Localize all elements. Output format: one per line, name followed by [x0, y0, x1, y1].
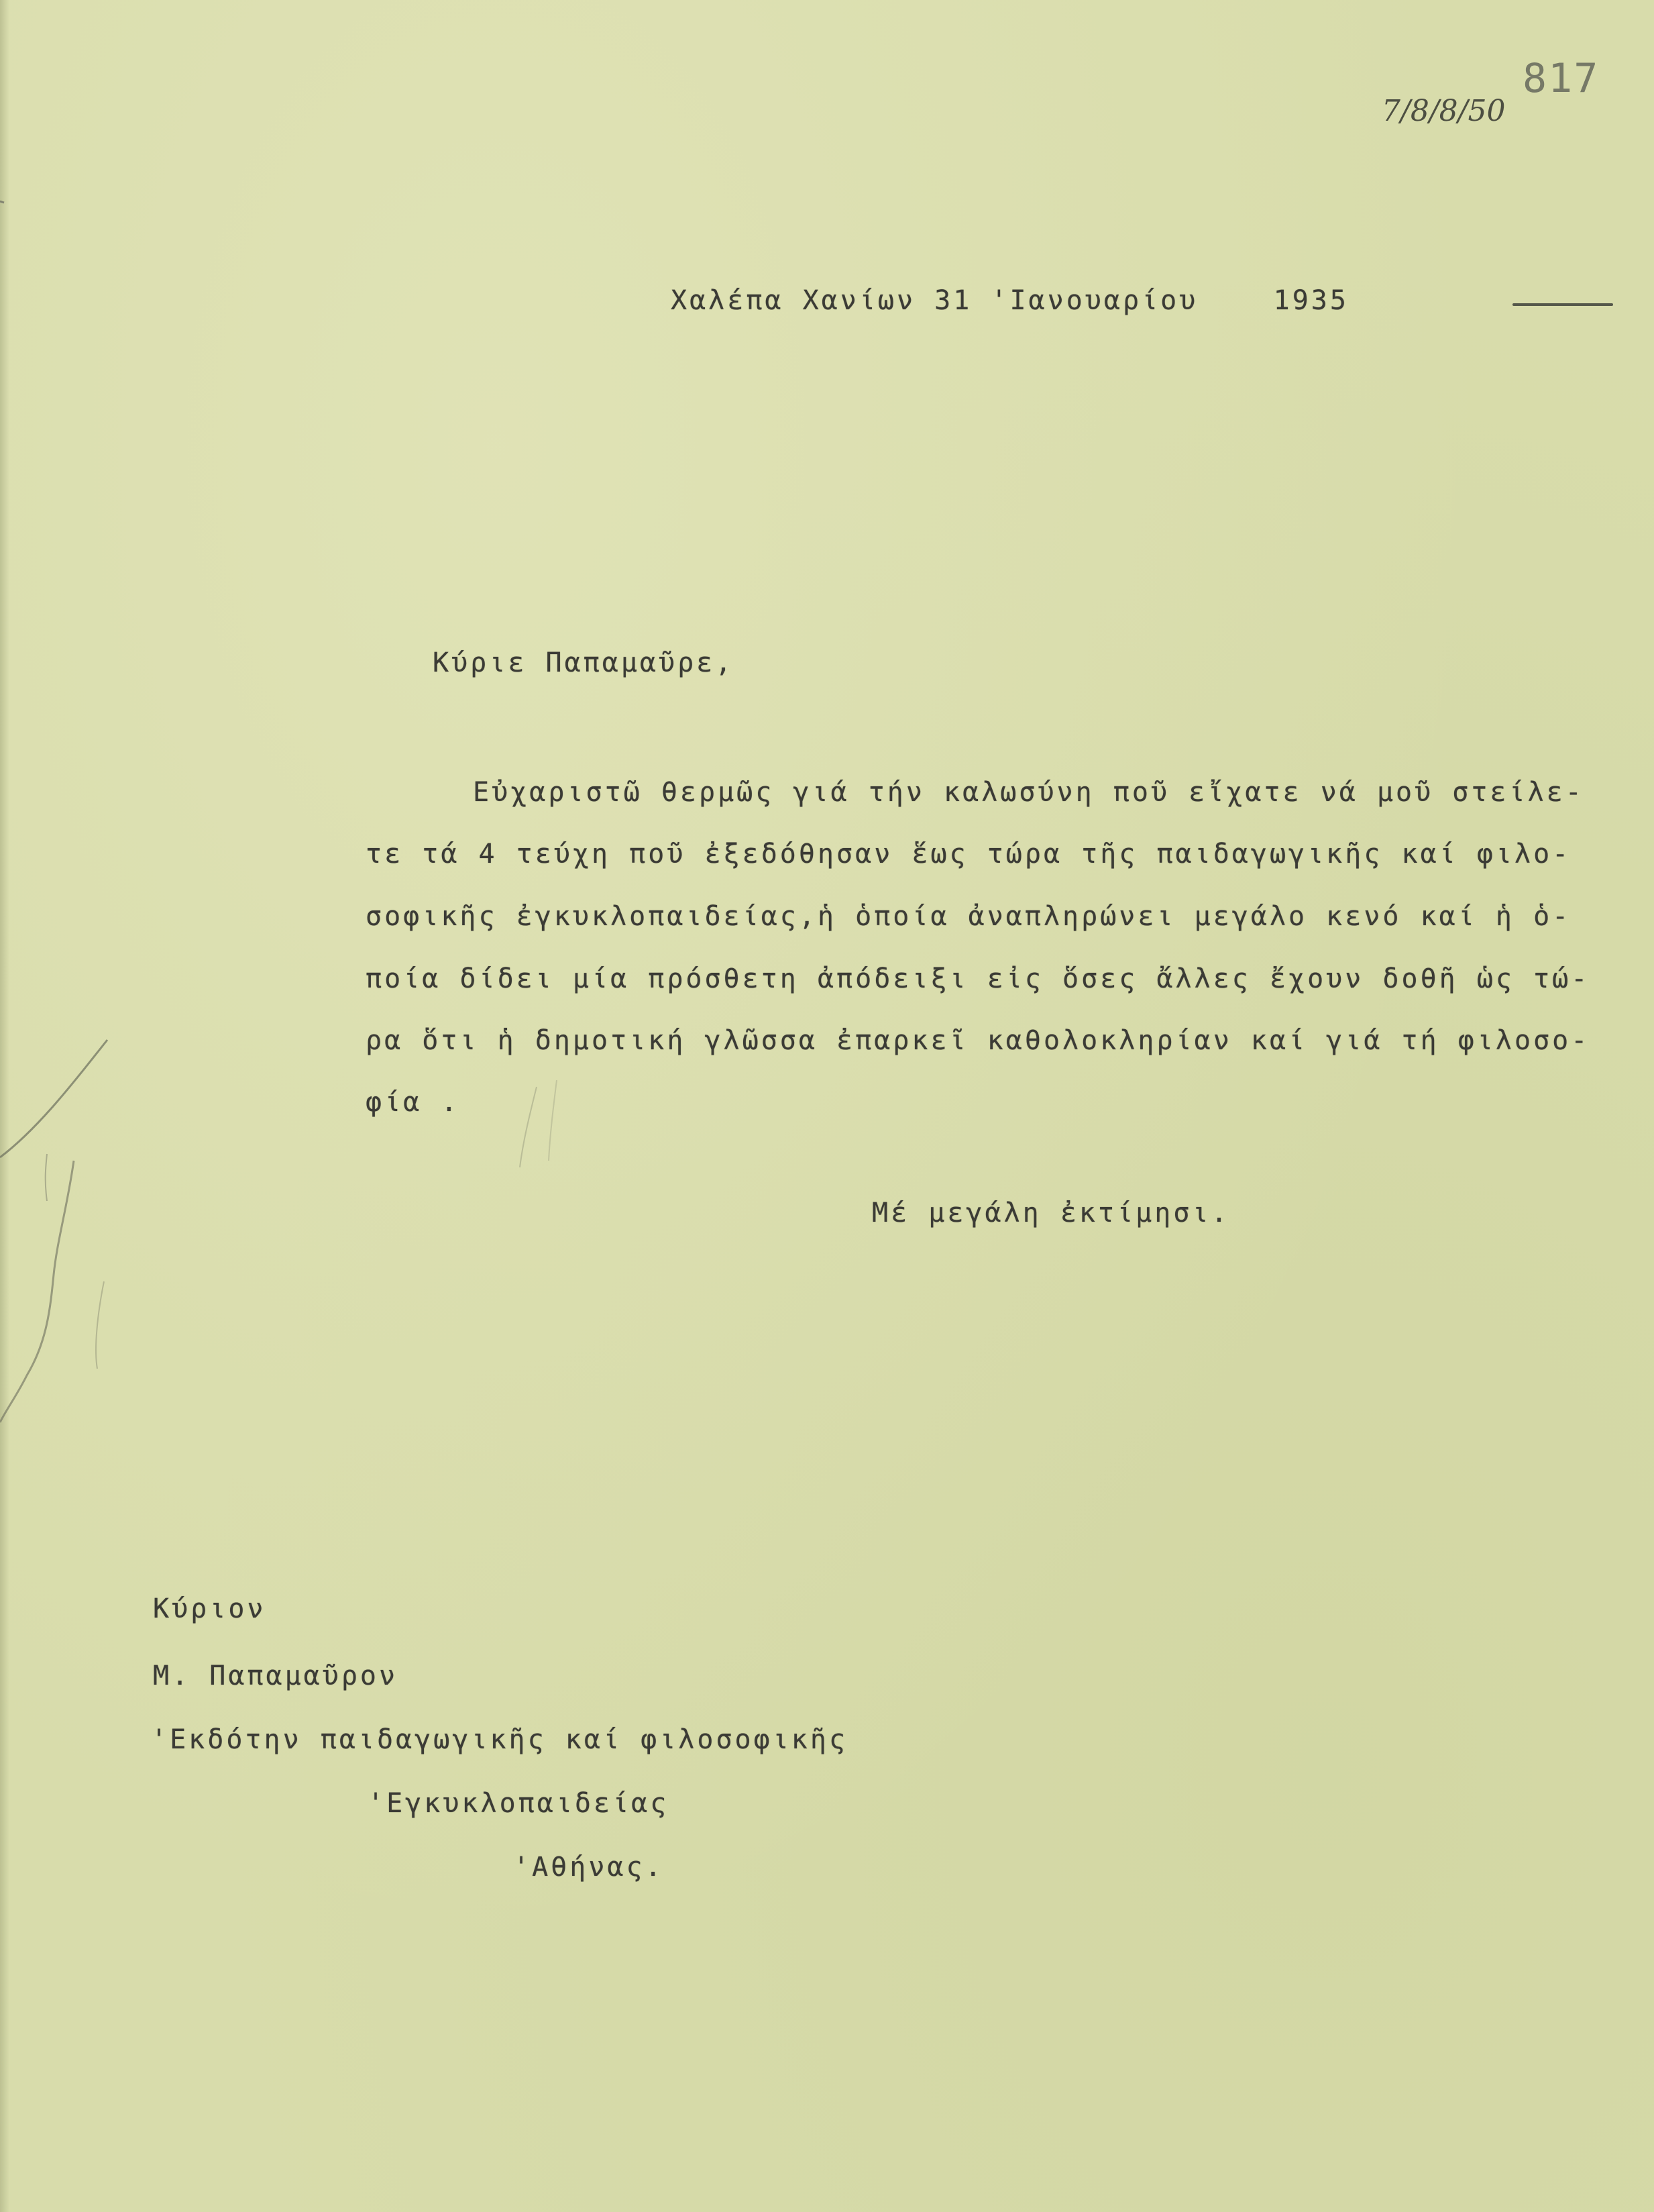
recipient-publication: 'Εγκυκλοπαιδείας: [368, 1788, 669, 1819]
body-line-6: φία .: [366, 1087, 459, 1118]
body-line-1: Εὐχαριστῶ θερμῶς γιά τήν καλωσύνη ποῦ εἴ…: [473, 777, 1584, 808]
archive-number-stamp: 817: [1523, 55, 1599, 102]
recipient-city: 'Αθήνας.: [513, 1852, 664, 1883]
recipient-role: 'Εκδότην παιδαγωγικῆς καί φιλοσοφικῆς: [151, 1724, 848, 1755]
body-line-3: σοφικῆς ἐγκυκλοπαιδείας,ἡ ὁποία ἀναπληρώ…: [366, 901, 1571, 932]
handwritten-reference: 7/8/8/50: [1382, 94, 1505, 128]
recipient-name: Μ. Παπαμαῦρον: [153, 1661, 398, 1691]
dateline: Χαλέπα Χανίων 31 'Ιανουαρίου 1935: [671, 285, 1349, 316]
body-line-2: τε τά 4 τεύχη ποῦ ἐξεδόθησαν ἕως τώρα τῆ…: [366, 839, 1571, 870]
body-line-5: ρα ὅτι ἡ δημοτική γλῶσσα ἐπαρκεῖ καθολοκ…: [366, 1025, 1590, 1056]
closing: Μέ μεγάλη ἐκτίμησι.: [872, 1198, 1230, 1228]
body-line-4: ποία δίδει μία πρόσθετη ἀπόδειξι εἰς ὅσε…: [366, 963, 1590, 994]
salutation: Κύριε Παπαμαῦρε,: [433, 647, 734, 678]
dateline-dash: [1512, 303, 1613, 306]
recipient-title: Κύριον: [153, 1593, 266, 1624]
